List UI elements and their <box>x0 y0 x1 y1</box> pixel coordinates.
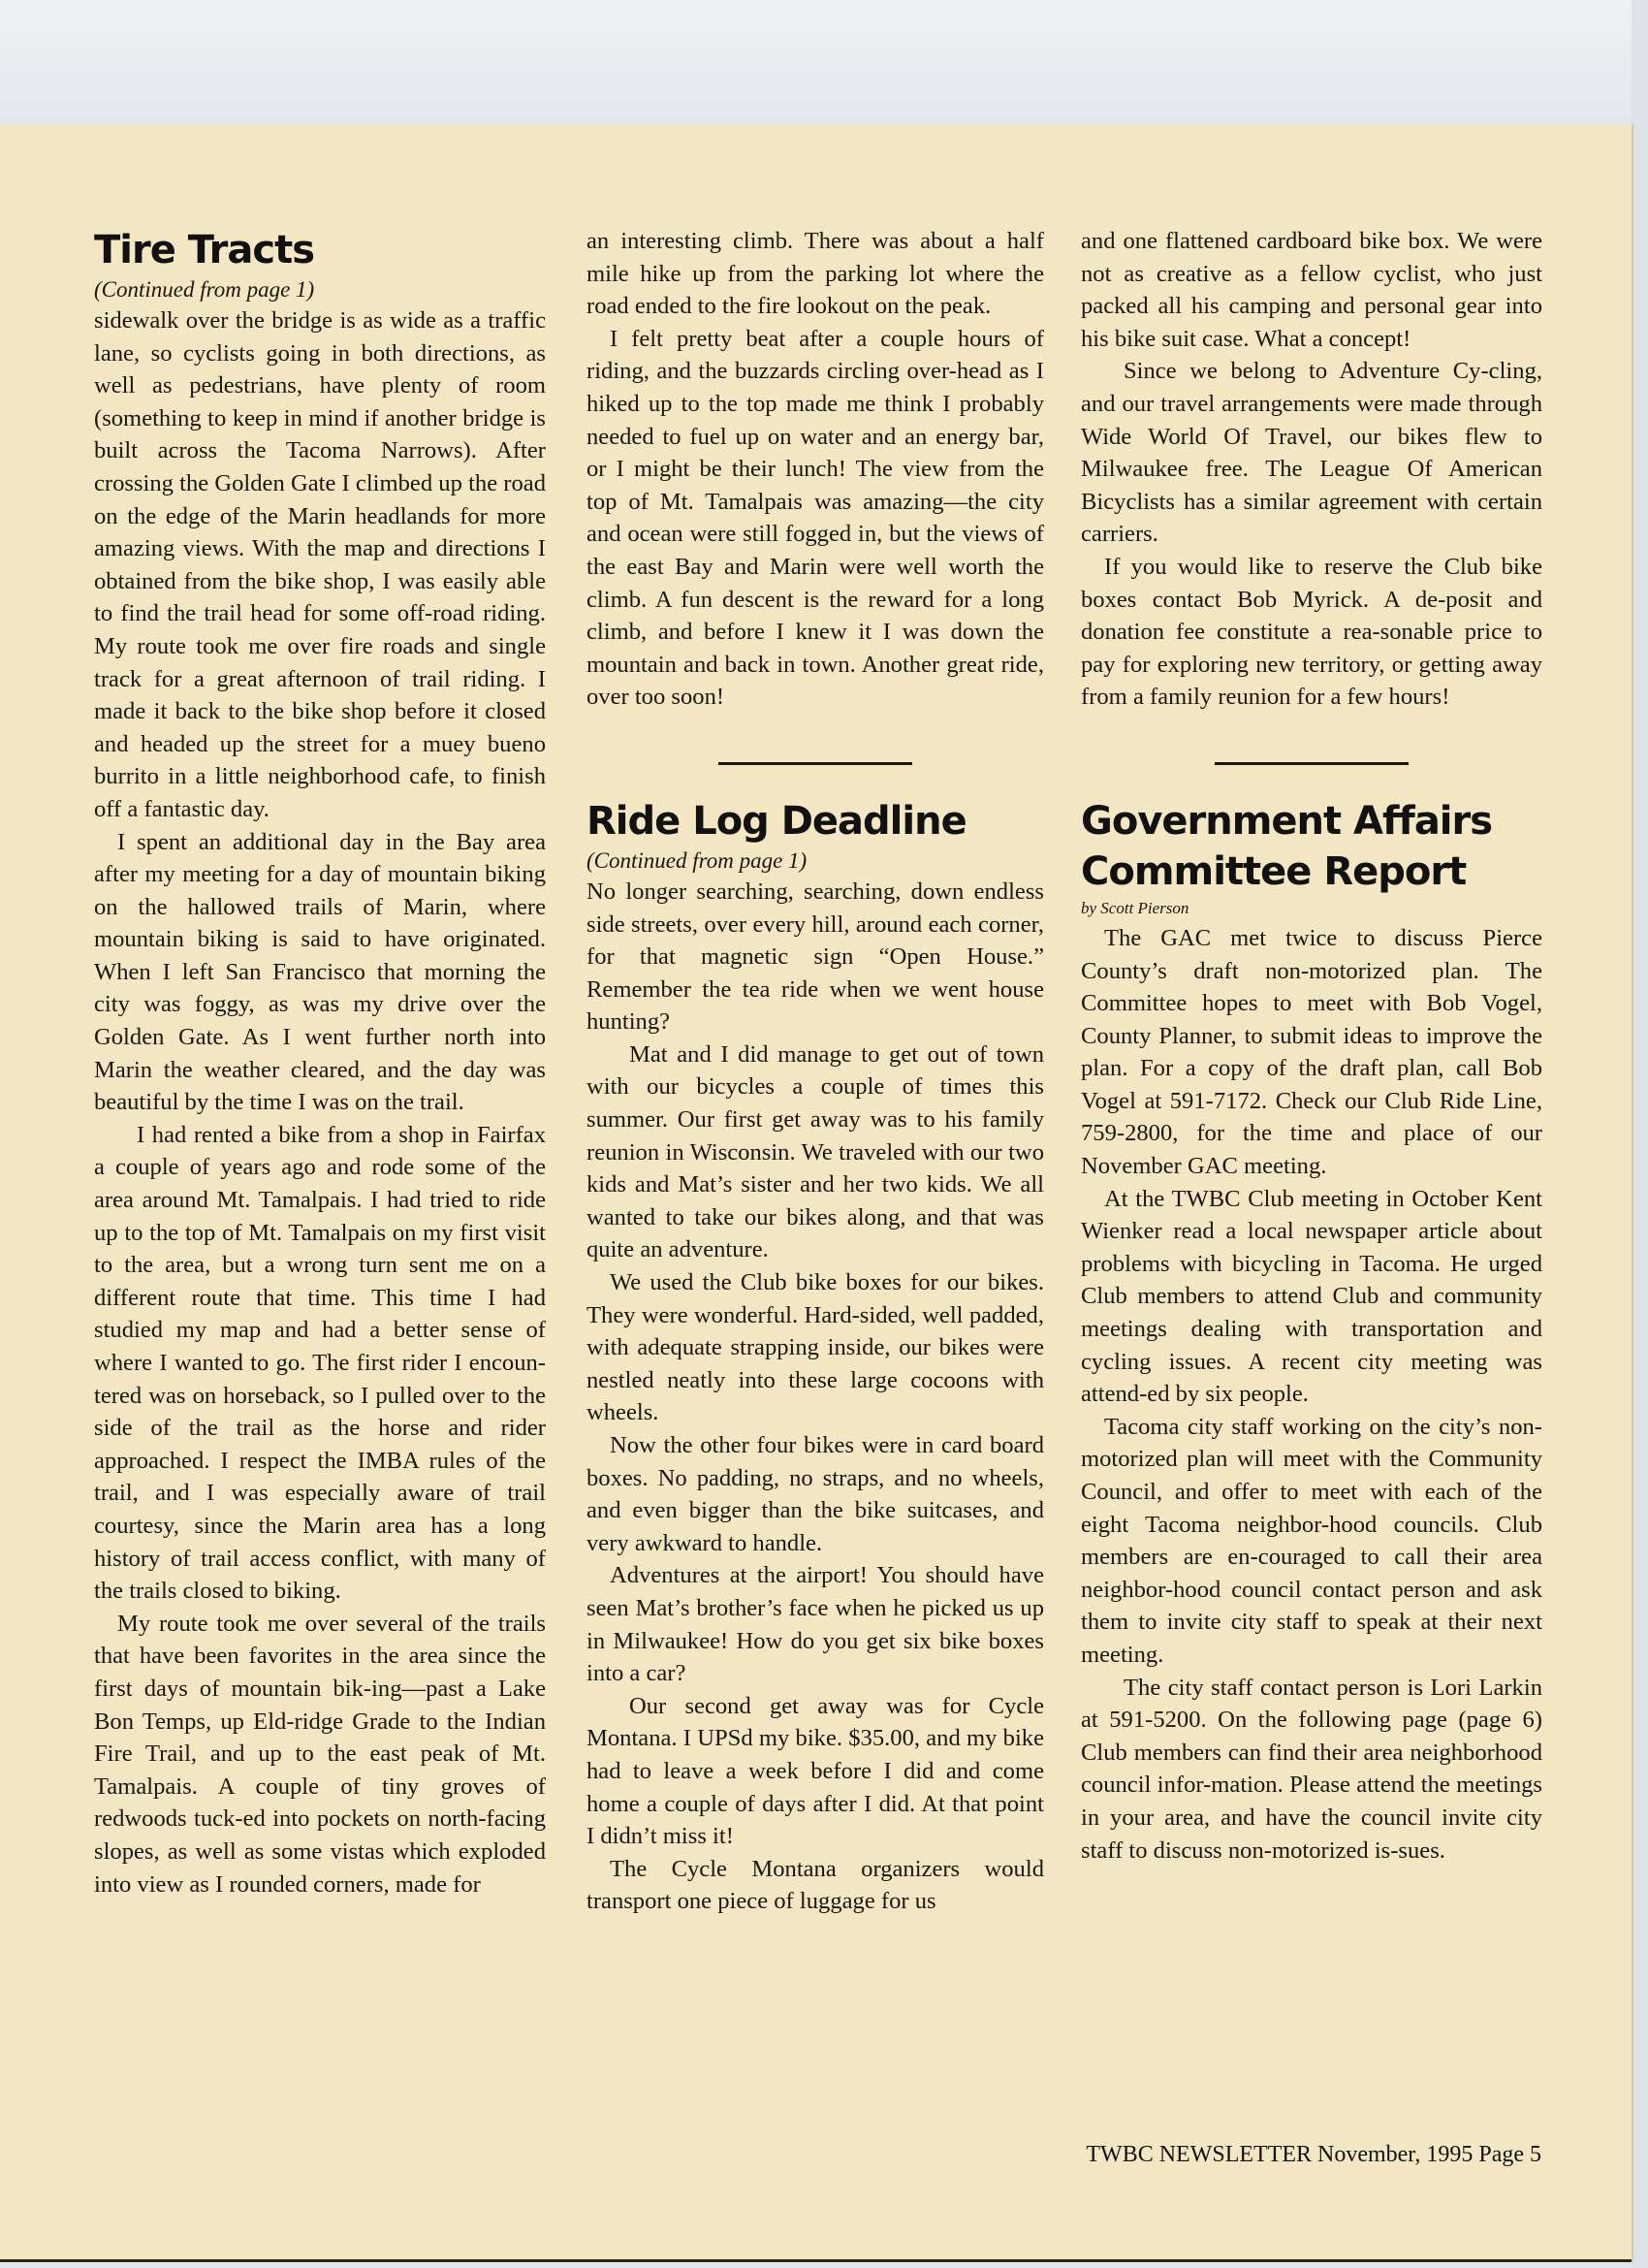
page-footer: TWBC NEWSLETTER November, 1995 Page 5 <box>872 2140 1541 2169</box>
column-left: Tire Tracts (Continued from page 1) side… <box>94 225 546 1901</box>
paragraph: If you would like to reserve the Club bi… <box>1081 551 1542 714</box>
paragraph: The city staff contact person is Lori La… <box>1081 1672 1542 1868</box>
paragraph: and one flattened cardboard bike box. We… <box>1081 225 1542 355</box>
paragraph: an interesting climb. There was about a … <box>586 225 1044 323</box>
paragraph: Our second get away was for Cycle Montan… <box>586 1690 1044 1853</box>
article-title-line: Government Affairs <box>1081 799 1492 844</box>
column-middle: an interesting climb. There was about a … <box>586 225 1044 1918</box>
continued-note: (Continued from page 1) <box>94 275 546 304</box>
continued-note: (Continued from page 1) <box>586 847 1044 876</box>
paragraph: My route took me over several of the tra… <box>94 1608 546 1901</box>
article-title-ride-log-deadline: Ride Log Deadline <box>586 796 1044 847</box>
paragraph: sidewalk over the bridge is as wide as a… <box>94 304 546 826</box>
paragraph: I felt pretty beat after a couple hours … <box>586 323 1044 714</box>
paragraph: The Cycle Montana organizers would trans… <box>586 1853 1044 1918</box>
paragraph: Adventures at the airport! You should ha… <box>586 1559 1044 1689</box>
column-right: and one flattened cardboard bike box. We… <box>1081 225 1542 1867</box>
scanner-background <box>0 0 1648 126</box>
paragraph: No longer searching, searching, down end… <box>586 876 1044 1038</box>
scanner-edge <box>1632 0 1648 2268</box>
paragraph: At the TWBC Club meeting in October Kent… <box>1081 1183 1542 1411</box>
paragraph: I had rented a bike from a shop in Fairf… <box>94 1119 546 1608</box>
paragraph: The GAC met twice to discuss Pierce Coun… <box>1081 922 1542 1183</box>
byline: by Scott Pierson <box>1081 897 1542 920</box>
paragraph: We used the Club bike boxes for our bike… <box>586 1266 1044 1429</box>
article-title-gac-report: Government Affairs Committee Report <box>1081 796 1542 897</box>
paragraph: Now the other four bikes were in card bo… <box>586 1429 1044 1559</box>
paragraph: I spent an additional day in the Bay are… <box>94 826 546 1119</box>
paragraph: Since we belong to Adventure Cy-cling, a… <box>1081 355 1542 551</box>
paragraph: Mat and I did manage to get out of town … <box>586 1038 1044 1266</box>
paragraph: Tacoma city staff working on the city’s … <box>1081 1411 1542 1672</box>
article-title-line: Committee Report <box>1081 849 1466 894</box>
article-title-tire-tracts: Tire Tracts <box>94 225 546 275</box>
